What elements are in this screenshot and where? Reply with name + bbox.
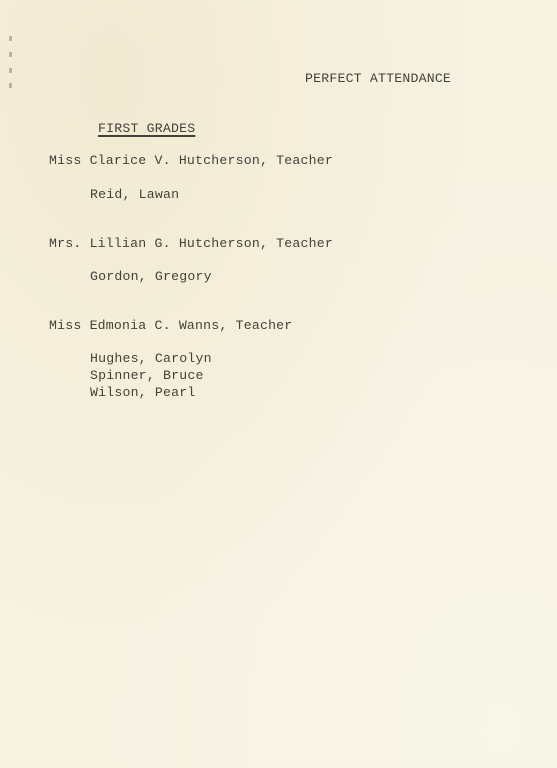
teacher-name: Miss Clarice V. Hutcherson, Teacher — [49, 152, 333, 169]
teacher-name: Mrs. Lillian G. Hutcherson, Teacher — [49, 235, 333, 252]
document-page: PERFECT ATTENDANCE FIRST GRADES Miss Cla… — [0, 0, 557, 768]
student-name: Spinner, Bruce — [90, 367, 204, 384]
student-name: Hughes, Carolyn — [90, 350, 212, 367]
margin-mark — [9, 36, 12, 41]
document-title: PERFECT ATTENDANCE — [305, 70, 451, 87]
student-name: Reid, Lawan — [90, 186, 179, 203]
student-name: Gordon, Gregory — [90, 268, 212, 285]
teacher-name: Miss Edmonia C. Wanns, Teacher — [49, 317, 292, 334]
margin-mark — [9, 83, 12, 88]
section-heading: FIRST GRADES — [98, 120, 195, 137]
student-name: Wilson, Pearl — [90, 384, 195, 401]
margin-mark — [9, 68, 12, 73]
margin-mark — [9, 52, 12, 57]
